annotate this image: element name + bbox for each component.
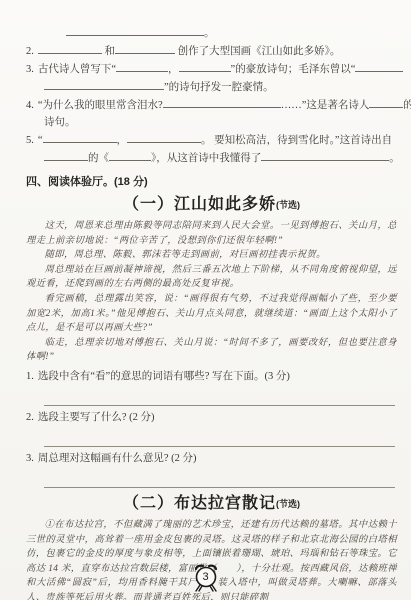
punctuation: 。 — [204, 28, 215, 39]
question-5-line2: 的《》，从这首诗中我懂得了。 — [26, 149, 397, 167]
answer-blank — [44, 149, 88, 161]
answer-blank — [127, 131, 201, 143]
question-number: 4. — [26, 100, 34, 111]
answer-writing-line — [44, 466, 395, 488]
reading1-question-1: 1.选段中含有“看”的意思的词语有哪些? 写在下面。(3 分) — [26, 369, 397, 384]
reading1-title-text: （一）江山如此多娇 — [123, 196, 276, 213]
answer-blank — [179, 60, 231, 72]
answer-blank — [369, 96, 403, 108]
question-text: ， — [117, 135, 128, 146]
question-text: 的《 — [88, 153, 109, 164]
reading1-paragraph: 这天，周恩来总理由陈毅等同志陪同来到人民大会堂。一见到傅抱石、关山月，总理走上前… — [26, 219, 397, 248]
question-2: 2. 和 创作了大型国画《江山如此多娇》。 — [26, 42, 397, 60]
exam-page: 。 2. 和 创作了大型国画《江山如此多娇》。 3.古代诗人曾写下“，”的豪放诗… — [0, 0, 411, 600]
question-4-line2: 诗句。 — [26, 114, 397, 131]
question-text: 创作了大型国画《江山如此多娇》。 — [178, 46, 341, 57]
question-text: 诗句。 — [44, 117, 76, 128]
reading1-paragraph: 临走，总理亲切地对傅抱石、关山月说：“时间不多了，画要改好，但也要注意身体啊!” — [26, 336, 397, 365]
reading1-paragraph: 周总理站在巨画前凝神谛视，然后三番五次地上下阶梯，从不同角度俯视仰望，远观近看，… — [26, 263, 397, 292]
question-text: 古代诗人曾写下“ — [38, 64, 116, 75]
reading1-title: （一）江山如此多娇(节选) — [26, 195, 397, 215]
question-text: 周总理对这幅画有什么意见? (2 分) — [38, 453, 197, 464]
question-text: 。 要知松高洁，待到雪化时。”这首诗出自 — [201, 135, 392, 146]
question-number: 3. — [26, 64, 34, 75]
question-text: “为什么我的眼里常含泪水? — [38, 100, 163, 111]
answer-blank — [44, 78, 164, 90]
reading1-question-3: 3.周总理对这幅画有什么意见? (2 分) — [26, 451, 397, 466]
alarm-clock-icon: 3 — [186, 562, 226, 594]
answer-blank — [261, 149, 389, 161]
question-number: 2. — [26, 412, 34, 423]
question-text: 》，从这首诗中我懂得了 — [151, 153, 261, 164]
question-5: 5.“，。 要知松高洁，待到雪化时。”这首诗出自 — [26, 131, 397, 149]
question-text: 选段主要写了什么? (2 分) — [38, 412, 155, 423]
reading1-paragraph: 看完画稿，总理露出笑容，说：“画得很有气势，不过我觉得画幅小了些，至少要加宽2米… — [26, 292, 397, 336]
question-text: 的 — [403, 100, 411, 111]
question-1-tail: 。 — [26, 24, 397, 42]
answer-blank — [116, 60, 168, 72]
answer-blank — [115, 42, 175, 54]
question-text: 选段中含有“看”的意思的词语有哪些? 写在下面。(3 分) — [38, 371, 290, 382]
answer-blank — [355, 60, 403, 72]
answer-blank — [43, 131, 117, 143]
question-3: 3.古代诗人曾写下“，”的豪放诗句；毛泽东曾以“ — [26, 60, 397, 78]
answer-blank — [38, 42, 102, 54]
section-header-points: (18 分) — [114, 176, 148, 188]
page-number: 3 — [186, 571, 226, 583]
question-number: 3. — [26, 453, 34, 464]
section-header: 四、阅读体验厅。(18 分) — [26, 173, 397, 189]
answer-blank — [66, 24, 204, 36]
answer-writing-line — [44, 384, 395, 406]
reading2-title-note: (节选) — [276, 499, 300, 509]
reading2-title-text: （二）布达拉宫散记 — [123, 495, 276, 512]
question-text: ”的豪放诗句；毛泽东曾以“ — [231, 64, 356, 75]
question-text: ， — [168, 64, 179, 75]
punctuation: 。 — [389, 153, 400, 164]
reading1-title-note: (节选) — [276, 200, 300, 210]
page-footer: 3 — [0, 562, 411, 594]
question-number: 1. — [26, 371, 34, 382]
question-3-line2: ”的诗句抒发一腔豪情。 — [26, 78, 397, 96]
reading1-paragraph: 随即，周总理、陈毅、郭沫若等走到画前，对巨画初挂表示祝贺。 — [26, 248, 397, 263]
reading1-question-2: 2.选段主要写了什么? (2 分) — [26, 410, 397, 425]
question-number: 5. — [26, 135, 34, 146]
question-text: ……”这是著名诗人 — [281, 100, 370, 111]
answer-writing-line — [44, 425, 395, 447]
question-4: 4.“为什么我的眼里常含泪水?……”这是著名诗人的 — [26, 96, 397, 114]
reading2-title: （二）布达拉宫散记(节选) — [26, 494, 397, 514]
question-text: ”的诗句抒发一腔豪情。 — [164, 82, 274, 93]
question-number: 2. — [26, 46, 34, 57]
answer-blank — [109, 149, 151, 161]
answer-blank — [163, 96, 281, 108]
question-text: 和 — [105, 46, 116, 57]
section-header-label: 四、阅读体验厅。 — [26, 176, 114, 188]
